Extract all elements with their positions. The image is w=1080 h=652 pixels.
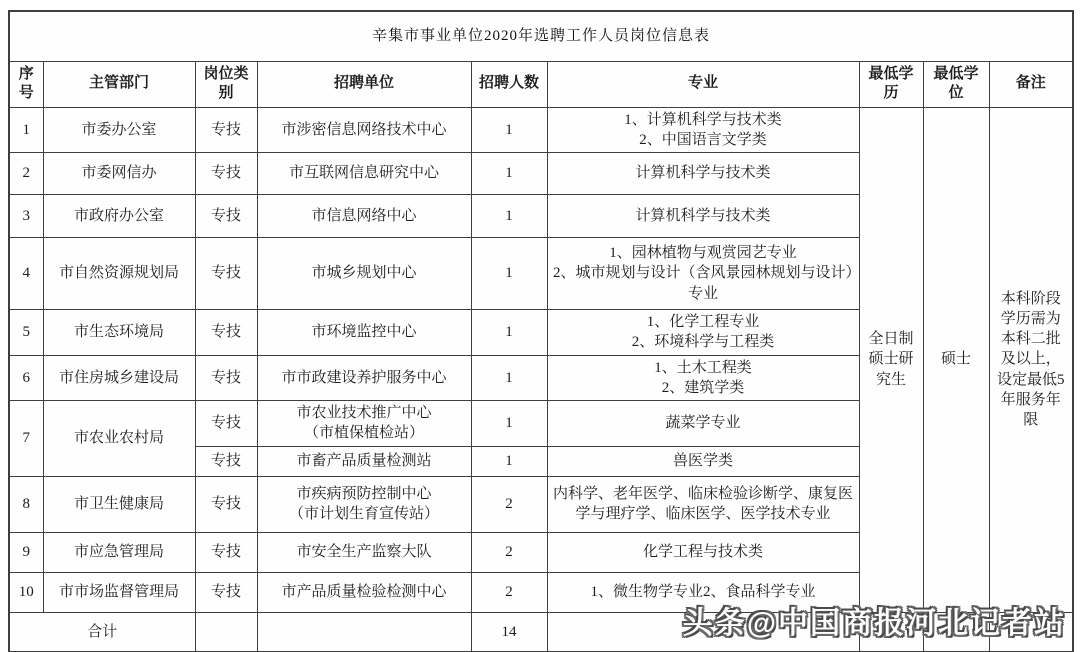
table-title: 辛集市事业单位2020年选聘工作人员岗位信息表	[9, 11, 1073, 61]
cell-count: 2	[471, 532, 547, 572]
cell-major: 化学工程与技术类	[547, 532, 859, 572]
cell-no: 5	[9, 310, 43, 356]
cell-category: 专技	[195, 238, 257, 310]
page: 辛集市事业单位2020年选聘工作人员岗位信息表 序号 主管部门 岗位类别 招聘单…	[0, 0, 1080, 652]
col-header-min-degree: 最低学位	[923, 61, 989, 107]
cell-no: 7	[9, 401, 43, 477]
cell-min-education: 全日制硕士研究生	[859, 107, 923, 612]
cell-count: 1	[471, 153, 547, 195]
cell-count: 1	[471, 107, 547, 153]
total-label: 合计	[9, 612, 195, 652]
cell-count: 1	[471, 310, 547, 356]
cell-dept: 市委办公室	[43, 107, 195, 153]
cell-unit: 市互联网信息研究中心	[257, 153, 471, 195]
cell-remark: 本科阶段学历需为本科二批及以上，设定最低5年服务年限	[989, 107, 1073, 612]
cell-dept: 市政府办公室	[43, 195, 195, 238]
cell-no: 3	[9, 195, 43, 238]
cell-no: 10	[9, 572, 43, 612]
cell-unit: 市城乡规划中心	[257, 238, 471, 310]
cell-major: 兽医学类	[547, 446, 859, 476]
cell-category: 专技	[195, 107, 257, 153]
cell-unit: 市疾病预防控制中心 （市计划生育宣传站）	[257, 476, 471, 532]
cell-category: 专技	[195, 532, 257, 572]
table-row: 1 市委办公室 专技 市涉密信息网络技术中心 1 1、计算机科学与技术类 2、中…	[9, 107, 1073, 153]
cell-dept: 市卫生健康局	[43, 476, 195, 532]
cell-no: 6	[9, 355, 43, 401]
cell-count: 1	[471, 238, 547, 310]
title-row: 辛集市事业单位2020年选聘工作人员岗位信息表	[9, 11, 1073, 61]
cell-category: 专技	[195, 446, 257, 476]
cell-empty	[257, 612, 471, 652]
cell-no: 1	[9, 107, 43, 153]
cell-no: 9	[9, 532, 43, 572]
cell-category: 专技	[195, 153, 257, 195]
watermark: 头条@中国商报河北记者站	[683, 598, 1066, 642]
cell-no: 8	[9, 476, 43, 532]
cell-unit: 市产品质量检验检测中心	[257, 572, 471, 612]
cell-category: 专技	[195, 355, 257, 401]
cell-count: 1	[471, 446, 547, 476]
position-table: 辛集市事业单位2020年选聘工作人员岗位信息表 序号 主管部门 岗位类别 招聘单…	[8, 10, 1074, 652]
col-header-unit: 招聘单位	[257, 61, 471, 107]
cell-dept: 市应急管理局	[43, 532, 195, 572]
cell-count: 2	[471, 476, 547, 532]
cell-unit: 市涉密信息网络技术中心	[257, 107, 471, 153]
cell-dept: 市委网信办	[43, 153, 195, 195]
cell-dept: 市自然资源规划局	[43, 238, 195, 310]
col-header-remark: 备注	[989, 61, 1073, 107]
cell-count: 1	[471, 355, 547, 401]
cell-unit: 市环境监控中心	[257, 310, 471, 356]
col-header-count: 招聘人数	[471, 61, 547, 107]
col-header-dept: 主管部门	[43, 61, 195, 107]
cell-category: 专技	[195, 401, 257, 447]
col-header-category: 岗位类别	[195, 61, 257, 107]
cell-no: 2	[9, 153, 43, 195]
cell-major: 计算机科学与技术类	[547, 195, 859, 238]
cell-category: 专技	[195, 476, 257, 532]
cell-empty	[195, 612, 257, 652]
total-count: 14	[471, 612, 547, 652]
col-header-min-education: 最低学历	[859, 61, 923, 107]
cell-count: 1	[471, 195, 547, 238]
cell-unit: 市农业技术推广中心 （市植保植检站）	[257, 401, 471, 447]
cell-dept: 市住房城乡建设局	[43, 355, 195, 401]
cell-major: 1、土木工程类 2、建筑学类	[547, 355, 859, 401]
col-header-major: 专业	[547, 61, 859, 107]
cell-category: 专技	[195, 572, 257, 612]
cell-no: 4	[9, 238, 43, 310]
cell-unit: 市信息网络中心	[257, 195, 471, 238]
cell-count: 1	[471, 401, 547, 447]
cell-major: 蔬菜学专业	[547, 401, 859, 447]
cell-dept: 市农业农村局	[43, 401, 195, 477]
cell-dept: 市市场监督管理局	[43, 572, 195, 612]
cell-count: 2	[471, 572, 547, 612]
cell-dept: 市生态环境局	[43, 310, 195, 356]
col-header-no: 序号	[9, 61, 43, 107]
cell-unit: 市安全生产监察大队	[257, 532, 471, 572]
cell-category: 专技	[195, 195, 257, 238]
cell-unit: 市市政建设养护服务中心	[257, 355, 471, 401]
cell-unit: 市畜产品质量检测站	[257, 446, 471, 476]
cell-major: 1、计算机科学与技术类 2、中国语言文学类	[547, 107, 859, 153]
cell-major: 1、园林植物与观赏园艺专业 2、城市规划与设计（含风景园林规划与设计）专业	[547, 238, 859, 310]
cell-major: 计算机科学与技术类	[547, 153, 859, 195]
header-row: 序号 主管部门 岗位类别 招聘单位 招聘人数 专业 最低学历 最低学位 备注	[9, 61, 1073, 107]
cell-category: 专技	[195, 310, 257, 356]
cell-major: 内科学、老年医学、临床检验诊断学、康复医学与理疗学、临床医学、医学技术专业	[547, 476, 859, 532]
cell-major: 1、化学工程专业 2、环境科学与工程类	[547, 310, 859, 356]
cell-min-degree: 硕士	[923, 107, 989, 612]
